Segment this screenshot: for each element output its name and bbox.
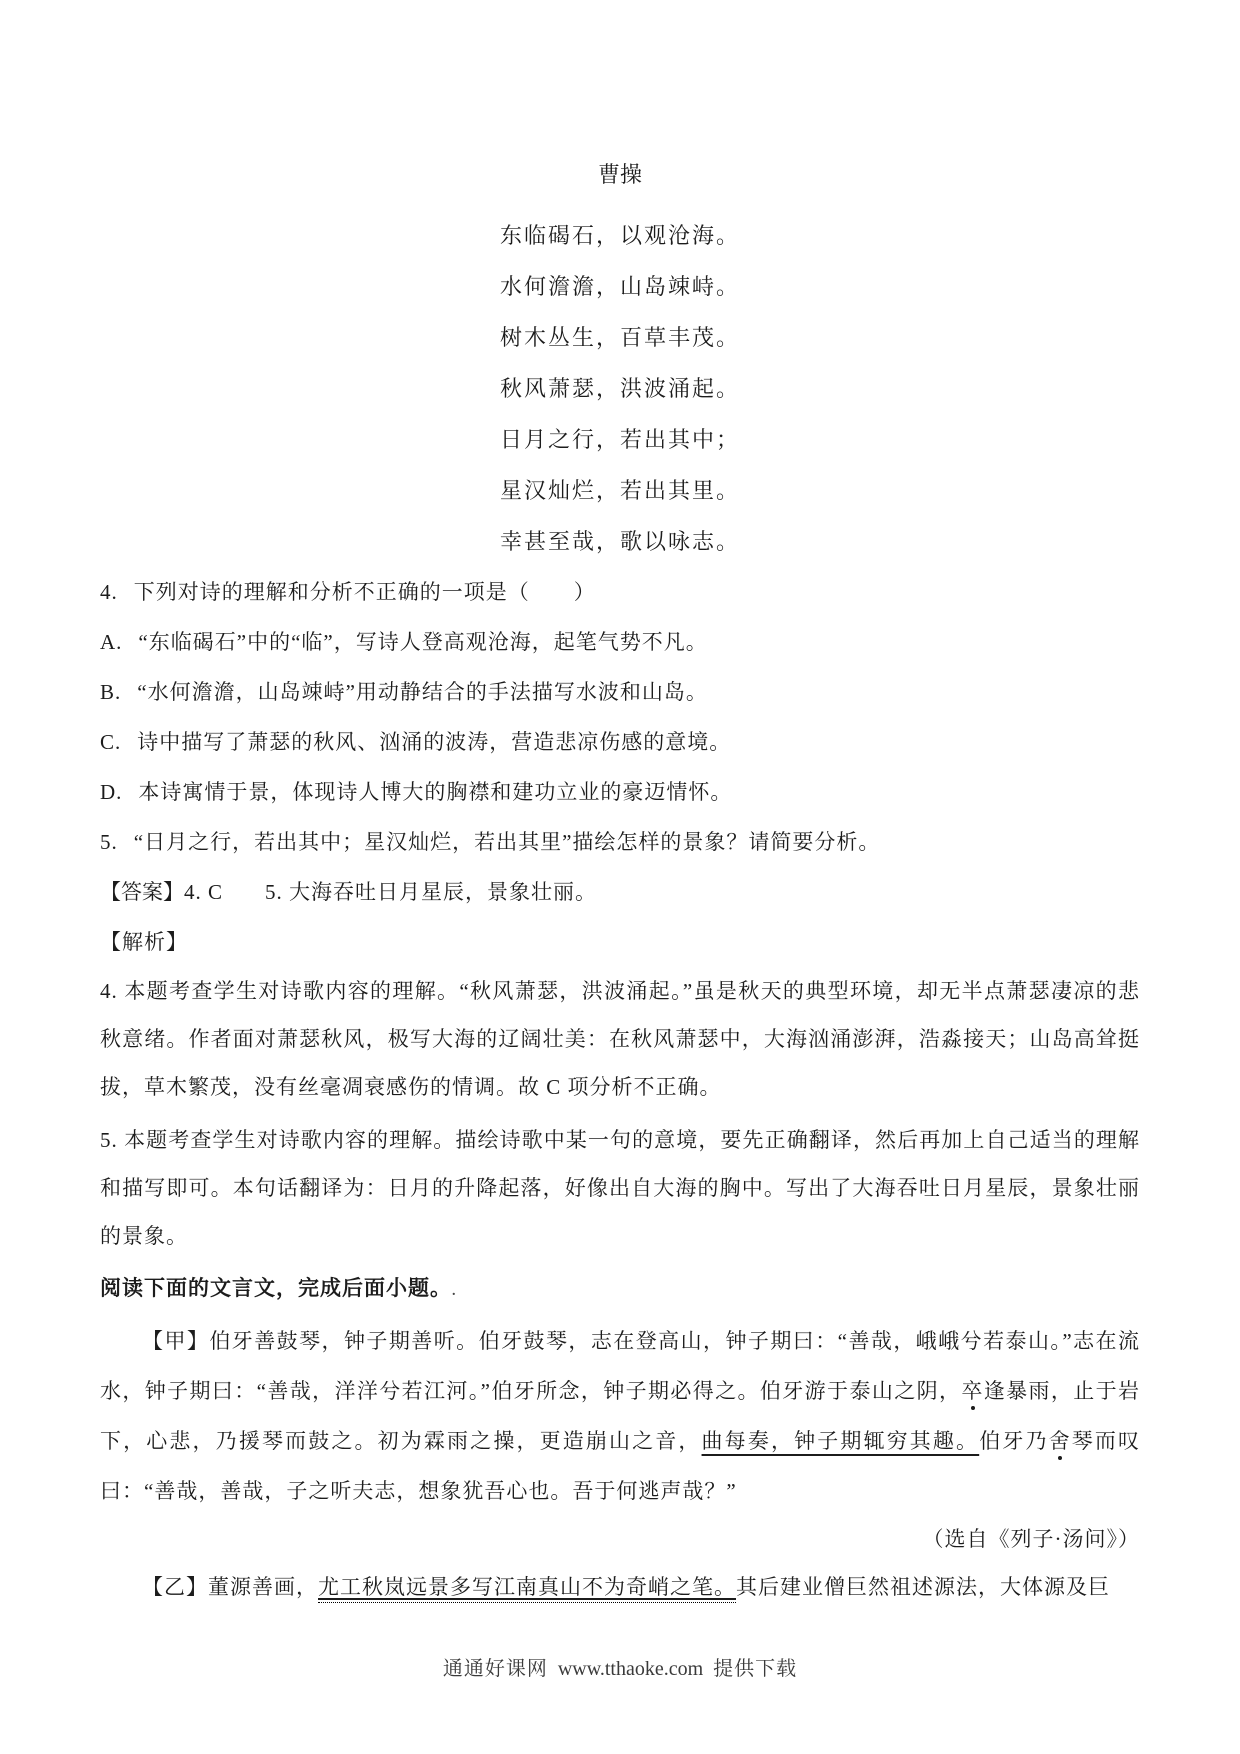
page-footer: 通通好课网www.tthaoke.com提供下载: [0, 1652, 1240, 1681]
option-c: C.诗中描写了萧瑟的秋风、汹涌的波涛，营造悲凉伤感的意境。: [100, 717, 1140, 767]
yi-text-2: 其后建业僧巨然祖述源法，大体源及巨: [736, 1575, 1110, 1599]
page-content: 曹操 东临碣石，以观沧海。 水何澹澹，山岛竦峙。 树木丛生，百草丰茂。 秋风萧瑟…: [0, 0, 1240, 1612]
analysis-paragraph-4: 4. 本题考查学生对诗歌内容的理解。“秋风萧瑟，洪波涌起。”虽是秋天的典型环境，…: [100, 967, 1140, 1111]
question-5-stem: 5.“日月之行，若出其中；星汉灿烂，若出其里”描绘怎样的景象？请简要分析。: [100, 817, 1140, 867]
jia-source-attribution: （选自《列子·汤问》）: [100, 1516, 1140, 1562]
poem-line-5: 日月之行，若出其中；: [100, 414, 1140, 465]
jia-emphasized-char-1: 卒: [961, 1379, 983, 1403]
option-c-text: 诗中描写了萧瑟的秋风、汹涌的波涛，营造悲凉伤感的意境。: [137, 730, 731, 754]
question-4-text: 下列对诗的理解和分析不正确的一项是（ ）: [134, 580, 596, 604]
question-5-text: “日月之行，若出其中；星汉灿烂，若出其里”描绘怎样的景象？请简要分析。: [134, 830, 881, 854]
yi-text-1: 董源善画，: [208, 1575, 318, 1599]
document-page: 曹操 东临碣石，以观沧海。 水何澹澹，山岛竦峙。 树木丛生，百草丰茂。 秋风萧瑟…: [0, 0, 1240, 1754]
option-b-label: B.: [100, 667, 121, 717]
poem-line-7: 幸甚至哉，歌以咏志。: [100, 516, 1140, 567]
yi-underlined-sentence: 尤工秋岚远景多写江南真山不为奇峭之笔。: [318, 1575, 736, 1603]
option-d: D.本诗寓情于景，体现诗人博大的胸襟和建功立业的豪迈情怀。: [100, 767, 1140, 817]
poem-line-4: 秋风萧瑟，洪波涌起。: [100, 363, 1140, 414]
poem-line-1: 东临碣石，以观沧海。: [100, 210, 1140, 261]
reading-heading-text: 阅读下面的文言文，完成后面小题。: [100, 1276, 452, 1300]
option-d-label: D.: [100, 767, 122, 817]
yi-tag: 【乙】: [142, 1575, 208, 1599]
classical-passage-yi: 【乙】董源善画，尤工秋岚远景多写江南真山不为奇峭之笔。其后建业僧巨然祖述源法，大…: [100, 1562, 1140, 1612]
jia-underlined-sentence: 曲每奏，钟子期辄穷其趣。: [702, 1429, 980, 1453]
poem-author: 曹操: [100, 160, 1140, 190]
option-a-label: A.: [100, 617, 122, 667]
poem-line-6: 星汉灿烂，若出其里。: [100, 465, 1140, 516]
stray-dot: .: [452, 1284, 457, 1299]
footer-url: www.tthaoke.com: [558, 1658, 703, 1680]
poem-line-2: 水何澹澹，山岛竦峙。: [100, 261, 1140, 312]
reading-section-heading: 阅读下面的文言文，完成后面小题。.: [100, 1264, 1140, 1316]
poem-block: 曹操 东临碣石，以观沧海。 水何澹澹，山岛竦峙。 树木丛生，百草丰茂。 秋风萧瑟…: [100, 160, 1140, 567]
footer-suffix: 提供下载: [713, 1658, 797, 1680]
footer-site-name: 通通好课网: [443, 1658, 548, 1680]
question-5-number: 5.: [100, 817, 118, 867]
poem-line-3: 树木丛生，百草丰茂。: [100, 312, 1140, 363]
analysis-paragraph-5: 5. 本题考查学生对诗歌内容的理解。描绘诗歌中某一句的意境，要先正确翻译，然后再…: [100, 1116, 1140, 1260]
option-b-text: “水何澹澹，山岛竦峙”用动静结合的手法描写水波和山岛。: [137, 680, 708, 704]
option-a-text: “东临碣石”中的“临”，写诗人登高观沧海，起笔气势不凡。: [138, 630, 707, 654]
jia-text-3: 伯牙乃: [979, 1429, 1048, 1453]
analysis-label: 【解析】: [100, 917, 1140, 967]
jia-tag: 【甲】: [142, 1329, 209, 1353]
option-a: A.“东临碣石”中的“临”，写诗人登高观沧海，起笔气势不凡。: [100, 617, 1140, 667]
option-d-text: 本诗寓情于景，体现诗人博大的胸襟和建功立业的豪迈情怀。: [138, 780, 732, 804]
option-b: B.“水何澹澹，山岛竦峙”用动静结合的手法描写水波和山岛。: [100, 667, 1140, 717]
answer-5: 5. 大海吞吐日月星辰，景象壮丽。: [265, 867, 597, 917]
option-c-label: C.: [100, 717, 121, 767]
answer-line: 【答案】4. C5. 大海吞吐日月星辰，景象壮丽。: [100, 867, 1140, 917]
question-4-stem: 4.下列对诗的理解和分析不正确的一项是（ ）: [100, 567, 1140, 617]
jia-emphasized-char-2: 舍: [1049, 1429, 1072, 1453]
answer-label: 【答案】: [100, 880, 184, 904]
question-4-number: 4.: [100, 567, 118, 617]
classical-passage-jia: 【甲】伯牙善鼓琴，钟子期善听。伯牙鼓琴，志在登高山，钟子期曰：“善哉，峨峨兮若泰…: [100, 1316, 1140, 1516]
answer-4: 4. C: [184, 880, 223, 904]
